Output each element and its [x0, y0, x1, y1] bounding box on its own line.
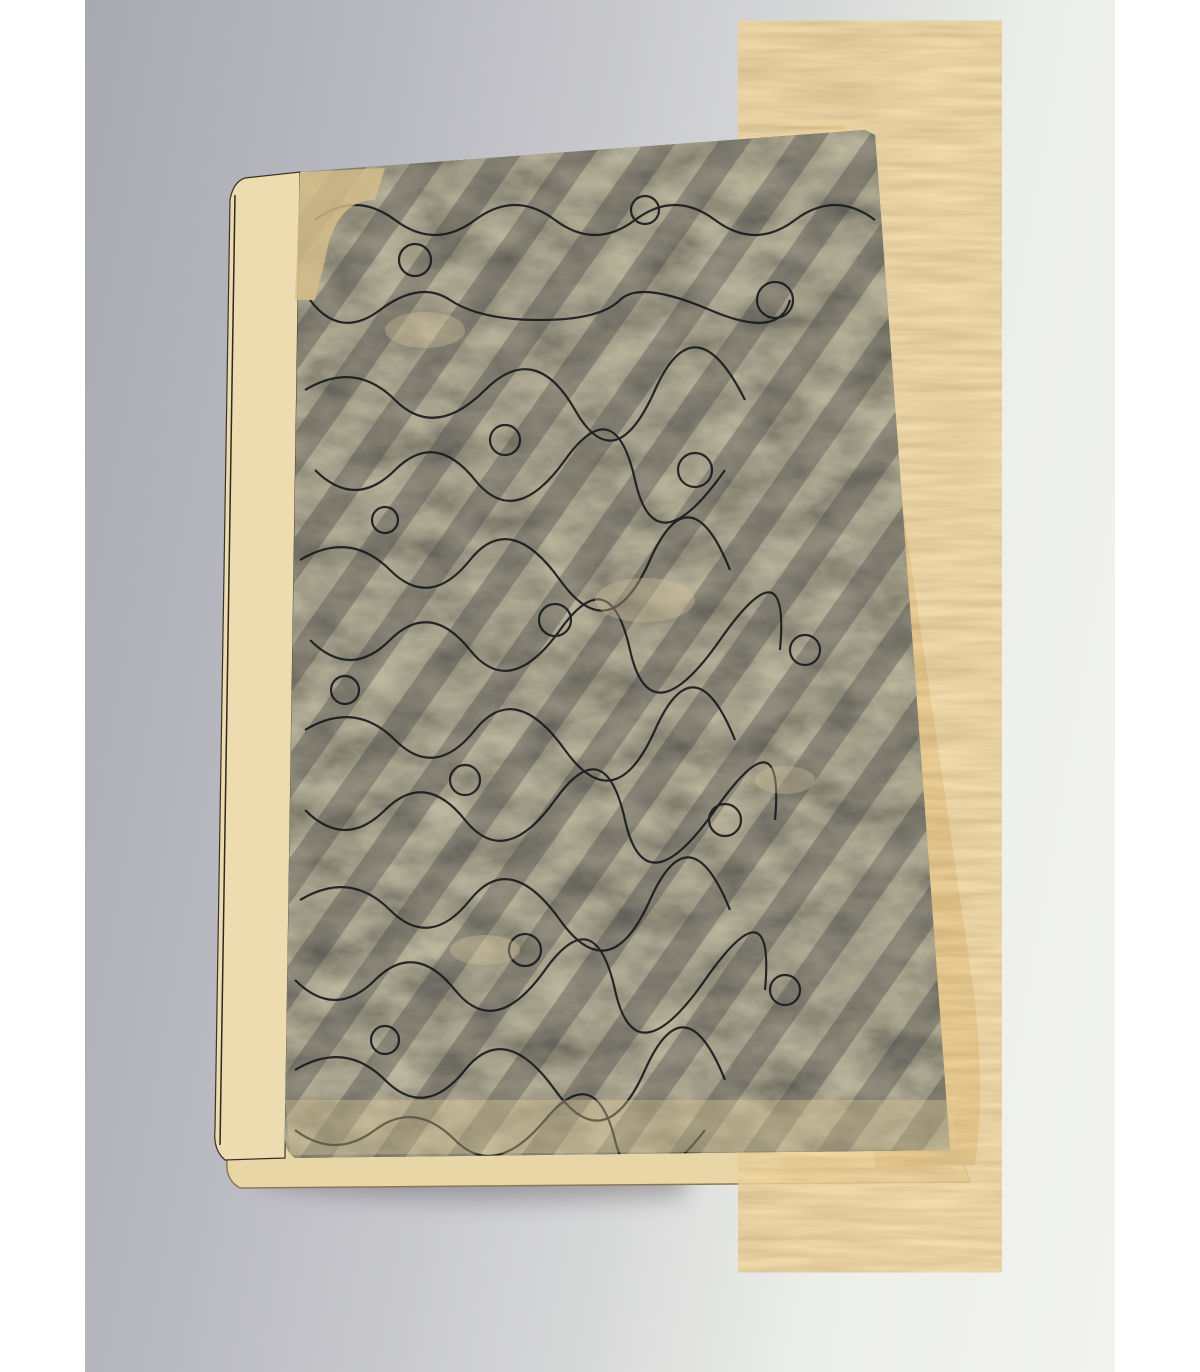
book	[85, 0, 1115, 1372]
photo	[85, 0, 1115, 1372]
